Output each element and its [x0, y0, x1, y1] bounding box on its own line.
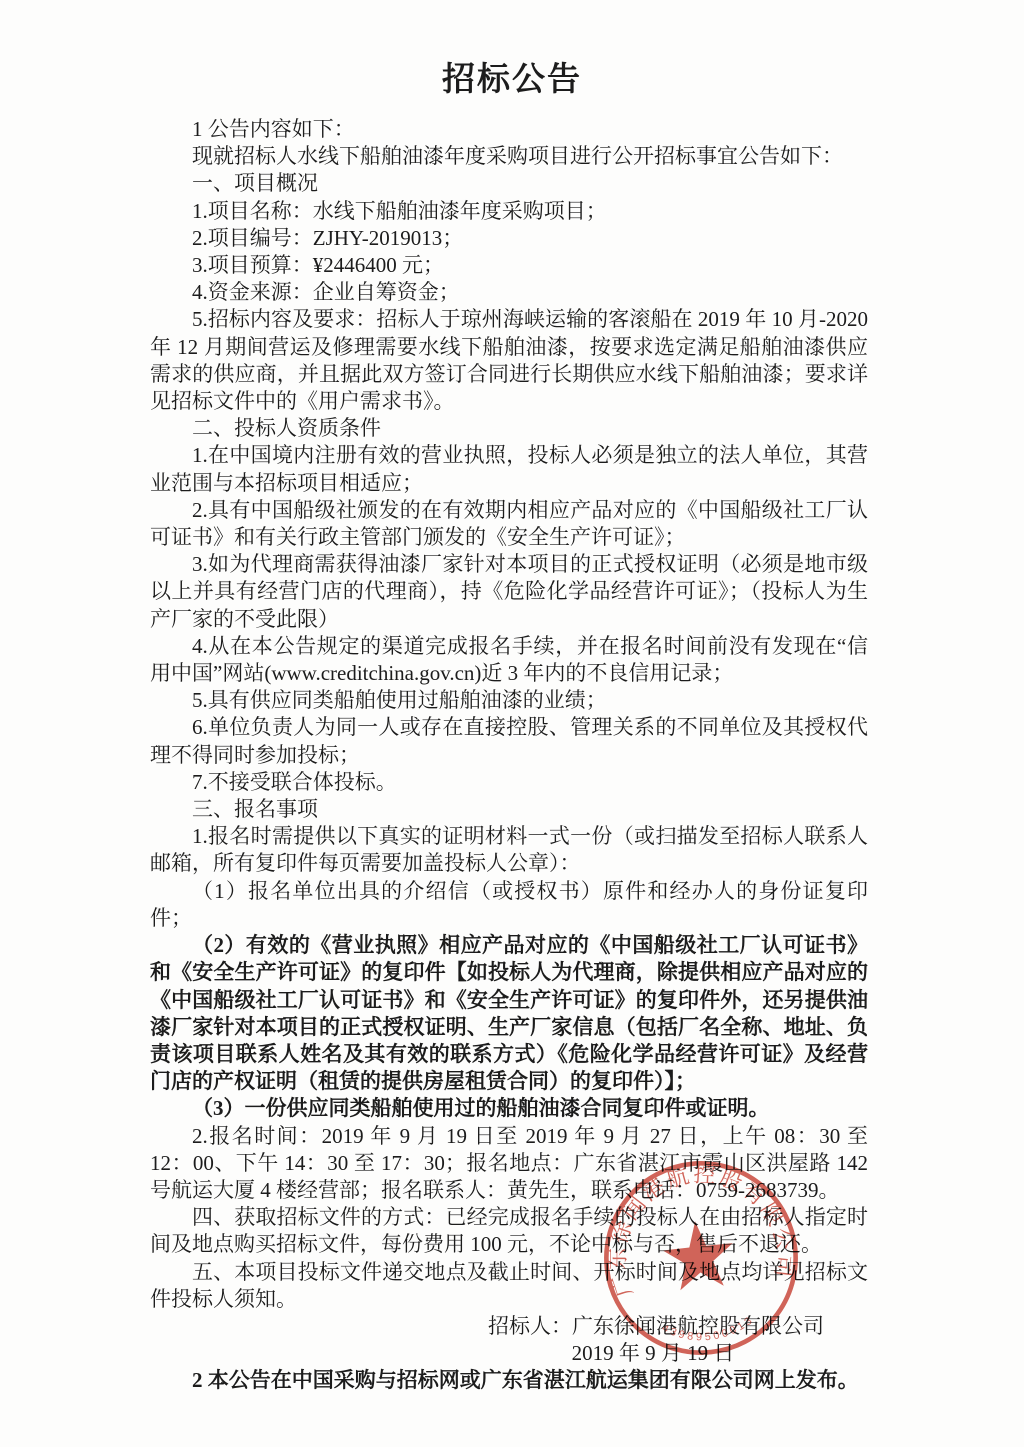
- document-body: 1 公告内容如下：现就招标人水线下船舶油漆年度采购项目进行公开招标事宜公告如下：…: [150, 116, 868, 1395]
- signature-block: 招标人：广东徐闻港航控股有限公司 2019 年 9 月 19 日: [150, 1313, 868, 1367]
- paragraph: 2.项目编号：ZJHY-2019013；: [150, 225, 868, 252]
- paragraph: 4.从在本公告规定的渠道完成报名手续，并在报名时间前没有发现在“信用中国”网站(…: [150, 633, 868, 687]
- paragraph: 1.报名时需提供以下真实的证明材料一式一份（或扫描发至招标人联系人邮箱，所有复印…: [150, 823, 868, 877]
- paragraph: （1）报名单位出具的介绍信（或授权书）原件和经办人的身份证复印件；: [150, 878, 868, 932]
- paragraph: （2）有效的《营业执照》相应产品对应的《中国船级社工厂认可证书》和《安全生产许可…: [150, 932, 868, 1095]
- paragraph: 5.招标内容及要求：招标人于琼州海峡运输的客滚船在 2019 年 10 月-20…: [150, 306, 868, 415]
- paragraph: 1.项目名称：水线下船舶油漆年度采购项目；: [150, 198, 868, 225]
- paragraph: 6.单位负责人为同一人或存在直接控股、管理关系的不同单位及其授权代理不得同时参加…: [150, 714, 868, 768]
- paragraph: 二、投标人资质条件: [150, 415, 868, 442]
- paragraph: 3.如为代理商需获得油漆厂家针对本项目的正式授权证明（必须是地市级以上并具有经营…: [150, 551, 868, 633]
- paragraph: 一、项目概况: [150, 170, 868, 197]
- signature-date: 2019 年 9 月 19 日: [488, 1340, 818, 1367]
- paragraph: 五、本项目投标文件递交地点及截止时间、开标时间及地点均详见招标文件投标人须知。: [150, 1259, 868, 1313]
- paragraph-list: 1 公告内容如下：现就招标人水线下船舶油漆年度采购项目进行公开招标事宜公告如下：…: [150, 116, 868, 1313]
- paragraph: 现就招标人水线下船舶油漆年度采购项目进行公开招标事宜公告如下：: [150, 143, 868, 170]
- paragraph: 四、获取招标文件的方式：已经完成报名手续的投标人在由招标人指定时间及地点购买招标…: [150, 1204, 868, 1258]
- document-title: 招标公告: [0, 0, 1024, 102]
- paragraph: 3.项目预算：¥2446400 元；: [150, 252, 868, 279]
- paragraph: 4.资金来源：企业自筹资金；: [150, 279, 868, 306]
- footer-note: 2 本公告在中国采购与招标网或广东省湛江航运集团有限公司网上发布。: [150, 1367, 868, 1394]
- paragraph: 2.具有中国船级社颁发的在有效期内相应产品对应的《中国船级社工厂认可证书》和有关…: [150, 497, 868, 551]
- paragraph: 1.在中国境内注册有效的营业执照，投标人必须是独立的法人单位，其营业范围与本招标…: [150, 442, 868, 496]
- paragraph: 7.不接受联合体投标。: [150, 769, 868, 796]
- paragraph: 三、报名事项: [150, 796, 868, 823]
- document-page: 招标公告 1 公告内容如下：现就招标人水线下船舶油漆年度采购项目进行公开招标事宜…: [0, 0, 1024, 1447]
- signature-issuer: 招标人：广东徐闻港航控股有限公司: [488, 1313, 868, 1340]
- paragraph: 2.报名时间：2019 年 9 月 19 日至 2019 年 9 月 27 日，…: [150, 1123, 868, 1205]
- paragraph: （3）一份供应同类船舶使用过的船舶油漆合同复印件或证明。: [150, 1095, 868, 1122]
- paragraph: 1 公告内容如下：: [150, 116, 868, 143]
- paragraph: 5.具有供应同类船舶使用过船舶油漆的业绩；: [150, 687, 868, 714]
